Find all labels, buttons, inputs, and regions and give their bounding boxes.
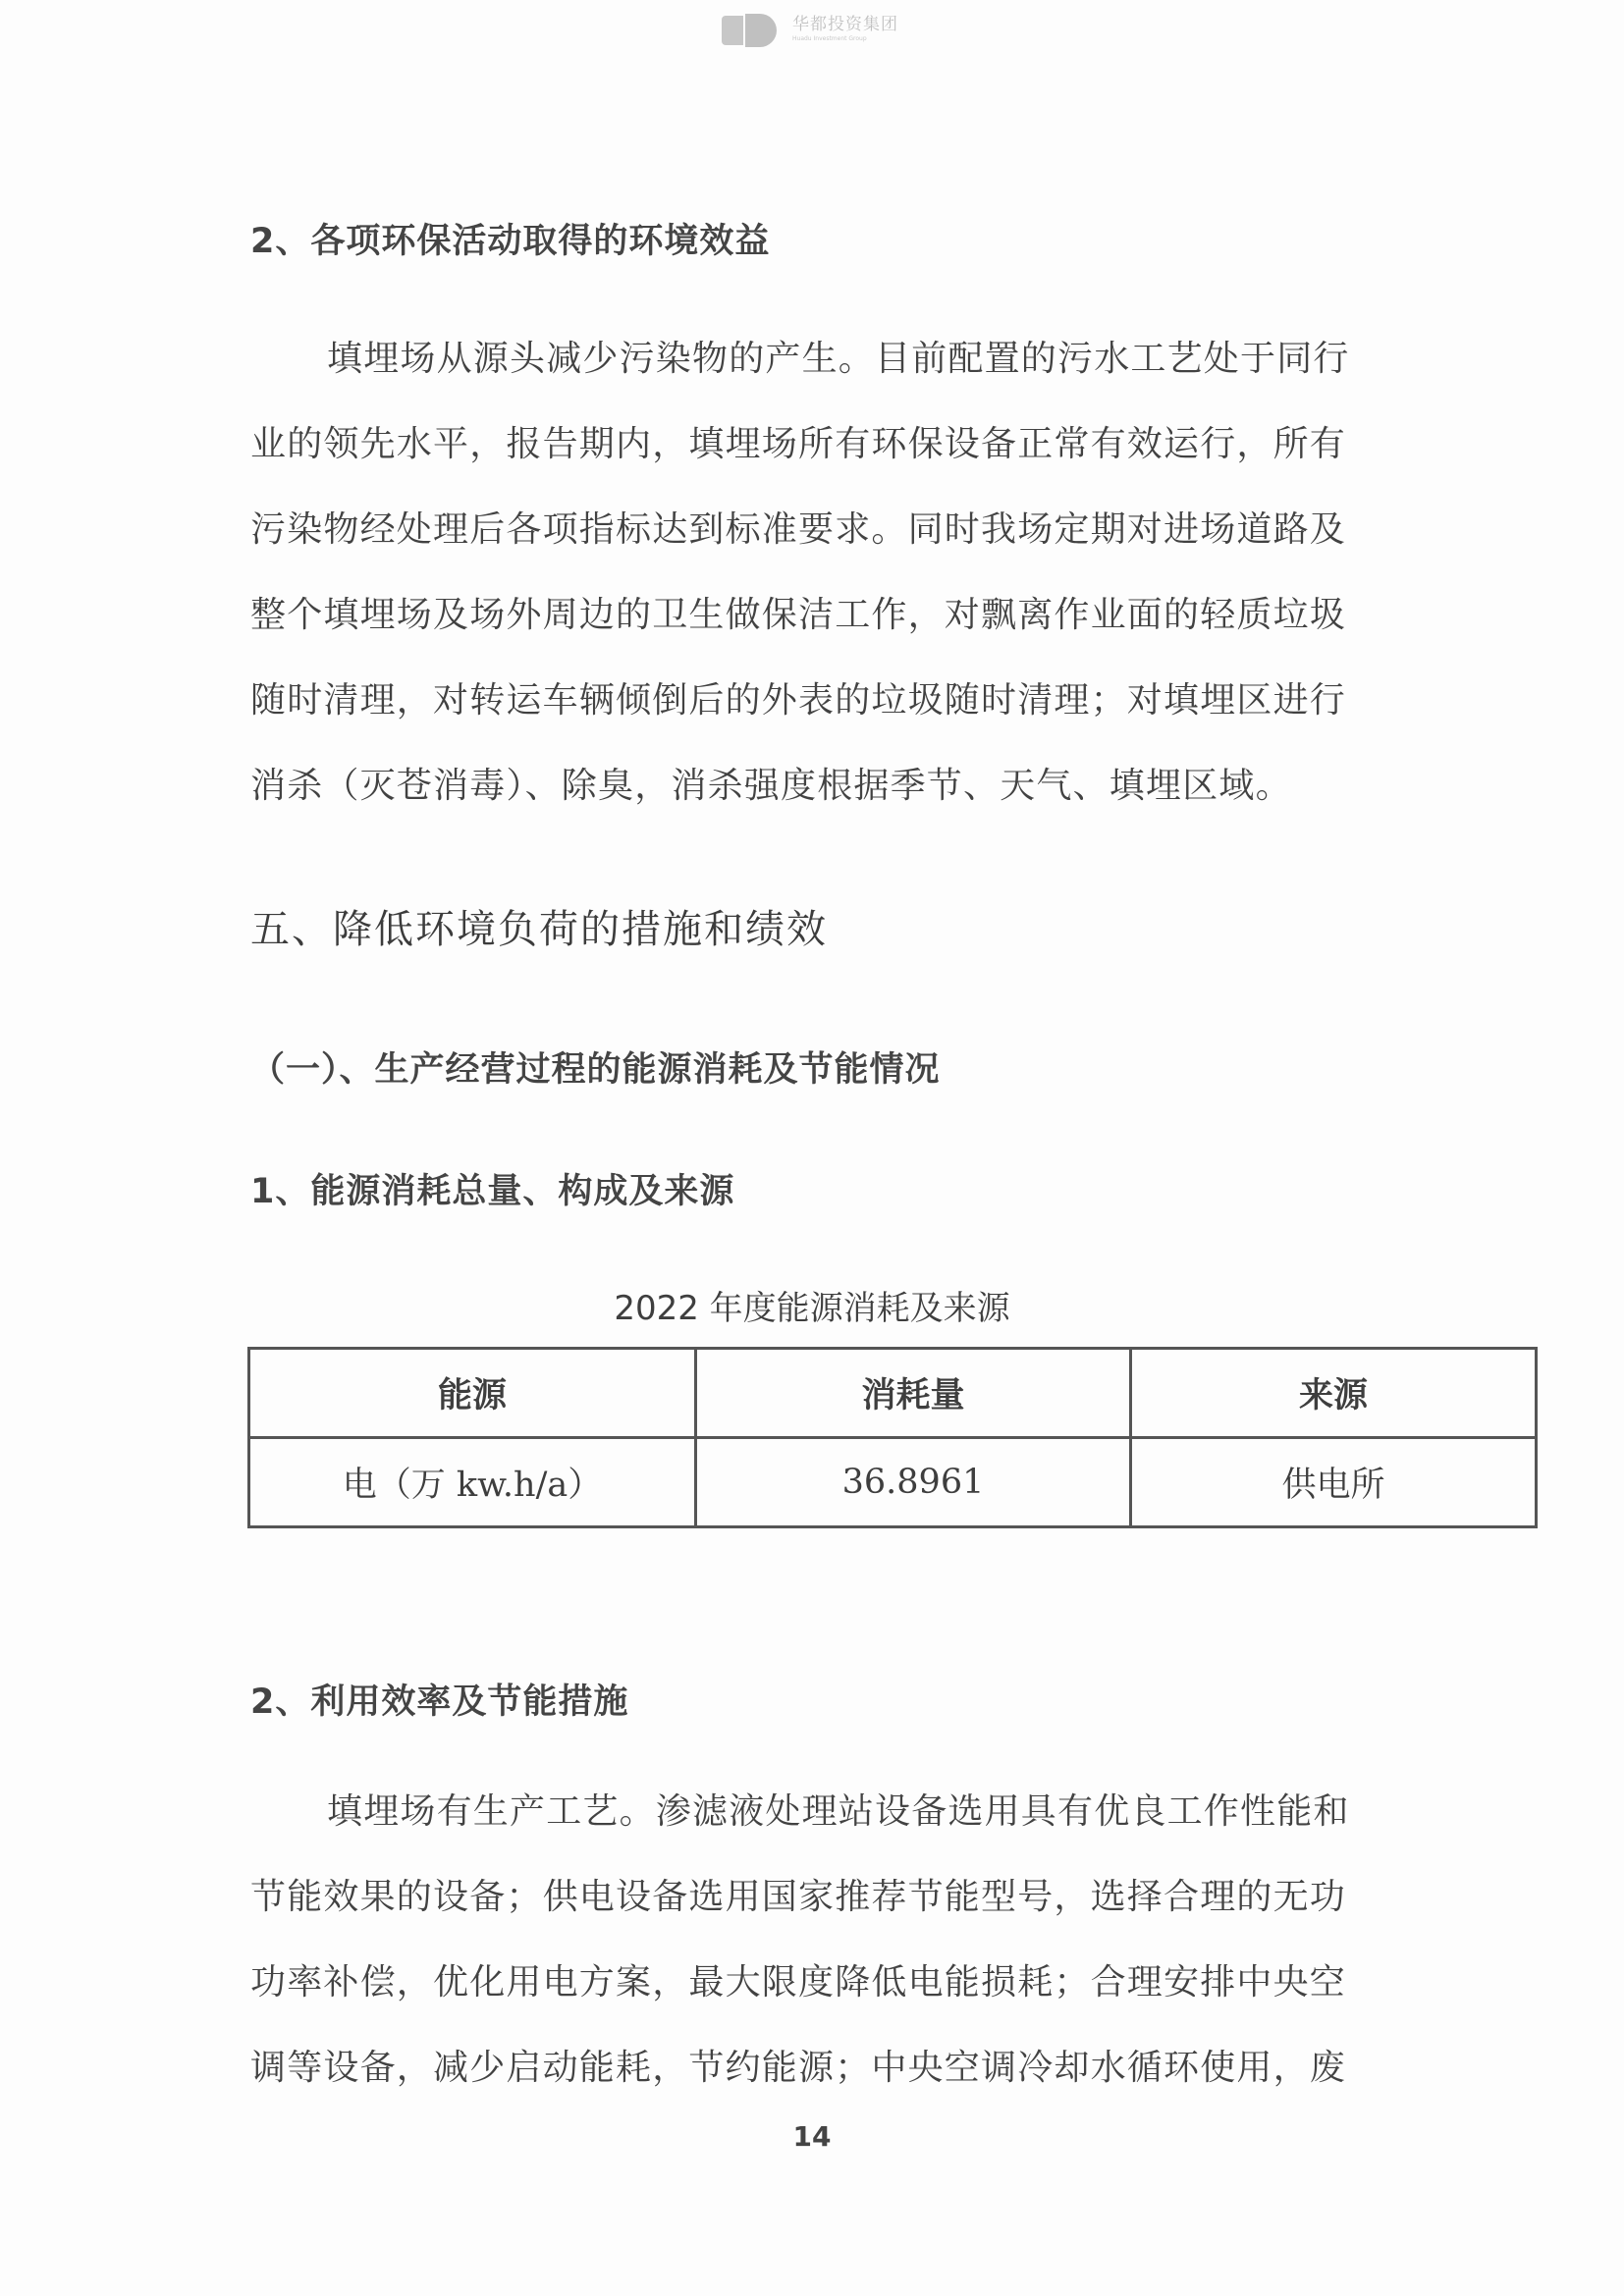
paragraph-line: 整个填埋场及场外周边的卫生做保洁工作，对飘离作业面的轻质垃圾 xyxy=(250,572,1389,658)
section-2-paragraph: 填埋场从源头减少污染物的产生。目前配置的污水工艺处于同行 业的领先水平，报告期内… xyxy=(250,316,1389,828)
column-header-source: 来源 xyxy=(1131,1349,1537,1438)
cell-consumption-value: 36.8961 xyxy=(696,1438,1131,1527)
logo-english-name: Huadu Investment Group xyxy=(792,36,898,42)
paragraph-line: 功率补偿，优化用电方案，最大限度降低电能损耗；合理安排中央空 xyxy=(250,1940,1389,2025)
cell-energy-type: 电（万 kw.h/a） xyxy=(249,1438,696,1527)
item-2-heading: 2、利用效率及节能措施 xyxy=(250,1675,628,1724)
paragraph-line: 填埋场从源头减少污染物的产生。目前配置的污水工艺处于同行 xyxy=(250,316,1389,401)
paragraph-line: 调等设备，减少启动能耗，节约能源；中央空调冷却水循环使用，废 xyxy=(250,2025,1389,2110)
paragraph-line: 业的领先水平，报告期内，填埋场所有环保设备正常有效运行，所有 xyxy=(250,401,1389,487)
paragraph-line: 消杀（灭苍消毒）、除臭，消杀强度根据季节、天气、填埋区域。 xyxy=(250,743,1389,828)
column-header-consumption: 消耗量 xyxy=(696,1349,1131,1438)
energy-consumption-table: 能源 消耗量 来源 电（万 kw.h/a） 36.8961 供电所 xyxy=(247,1347,1538,1528)
chapter-heading: 五、降低环境负荷的措施和绩效 xyxy=(250,898,828,954)
logo-chinese-name: 华都投资集团 xyxy=(792,17,898,33)
cell-source: 供电所 xyxy=(1131,1438,1537,1527)
table-header-row: 能源 消耗量 来源 xyxy=(249,1349,1537,1438)
subsection-heading: （一）、生产经营过程的能源消耗及节能情况 xyxy=(250,1042,941,1092)
column-header-energy: 能源 xyxy=(249,1349,696,1438)
hd-logo-icon xyxy=(722,12,779,47)
page-number: 14 xyxy=(0,2120,1624,2153)
paragraph-line: 填埋场有生产工艺。渗滤液处理站设备选用具有优良工作性能和 xyxy=(250,1769,1389,1854)
item-1-heading: 1、能源消耗总量、构成及来源 xyxy=(250,1164,734,1213)
paragraph-line: 污染物经处理后各项指标达到标准要求。同时我场定期对进场道路及 xyxy=(250,487,1389,572)
table-caption: 2022 年度能源消耗及来源 xyxy=(0,1281,1624,1329)
paragraph-line: 节能效果的设备；供电设备选用国家推荐节能型号，选择合理的无功 xyxy=(250,1854,1389,1940)
item-2-paragraph: 填埋场有生产工艺。渗滤液处理站设备选用具有优良工作性能和 节能效果的设备；供电设… xyxy=(250,1769,1389,2110)
table-row: 电（万 kw.h/a） 36.8961 供电所 xyxy=(249,1438,1537,1527)
paragraph-line: 随时清理，对转运车辆倾倒后的外表的垃圾随时清理；对填埋区进行 xyxy=(250,658,1389,743)
company-logo: 华都投资集团 Huadu Investment Group xyxy=(722,10,898,49)
section-2-heading: 2、各项环保活动取得的环境效益 xyxy=(250,214,770,263)
